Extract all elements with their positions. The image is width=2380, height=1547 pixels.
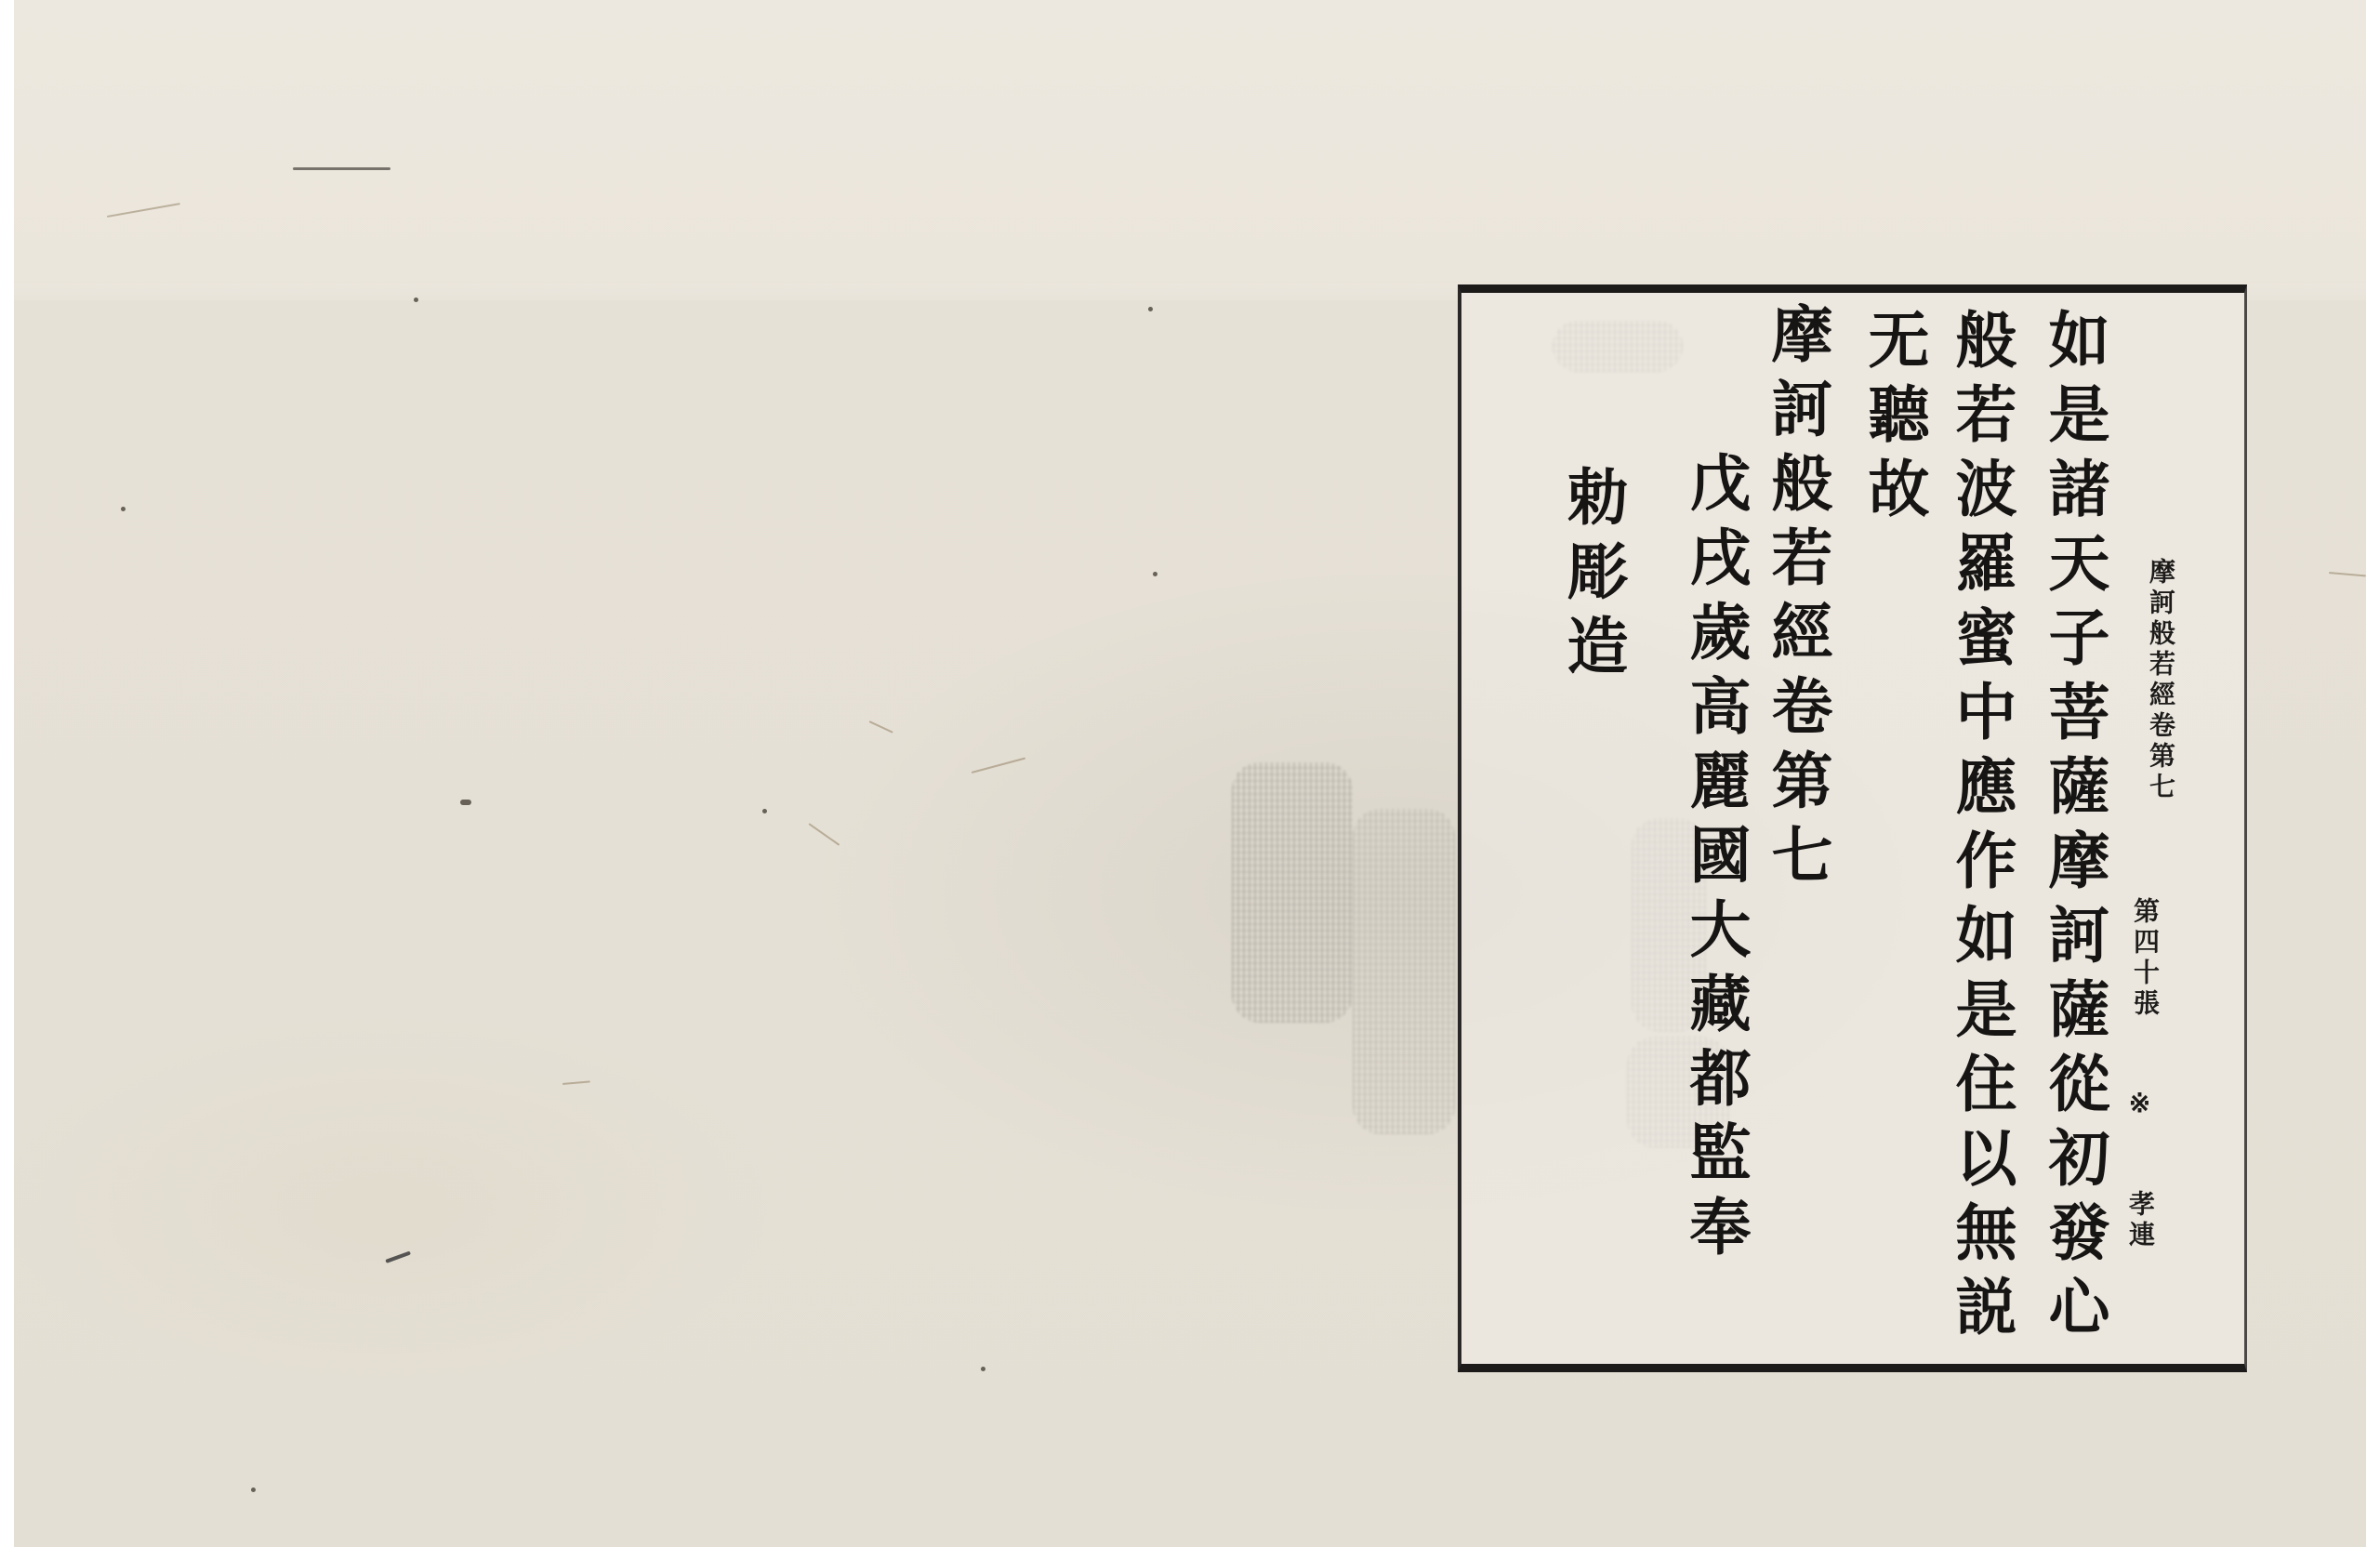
margin-page-number: 第四十張 [2132,897,2158,1020]
text-column-3: 无聽故 [1863,308,1924,531]
paper-speck [251,1487,256,1492]
text-column-6-colophon: 勅彫造 [1562,465,1623,688]
paper-fiber [869,721,893,734]
paper-speck [121,507,126,511]
paper-fiber [107,203,180,218]
text-column-1: 如是諸天子菩薩摩訶薩從初發心 [2043,308,2105,1349]
text-column-4-title: 摩訶般若經卷第七 [1766,302,1828,897]
text-column-2: 般若波羅蜜中應作如是住以無説 [1950,308,2012,1349]
margin-sutra-title: 摩訶般若經卷第七 [2148,558,2174,803]
paper-fiber [2329,572,2366,576]
margin-mark: ※ [2126,1088,2152,1123]
paper-fiber [293,167,390,170]
offset-ink-impression [1232,762,1353,1023]
margin-carver-name: 孝連 [2127,1190,2153,1251]
paper-speck [762,809,767,813]
paper-fiber [385,1251,411,1263]
paper-speck [981,1367,985,1371]
paper-speck [460,800,471,805]
paper-speck [1148,307,1153,311]
paper-speck [414,297,418,302]
text-column-5-colophon: 戊戌歲高麗國大藏都監奉 [1685,451,1746,1269]
paper-fiber [808,823,840,846]
paper-fiber [972,758,1025,773]
paper-fiber [562,1080,590,1085]
paper-speck [1153,572,1157,576]
offset-ink-impression [1353,809,1455,1134]
